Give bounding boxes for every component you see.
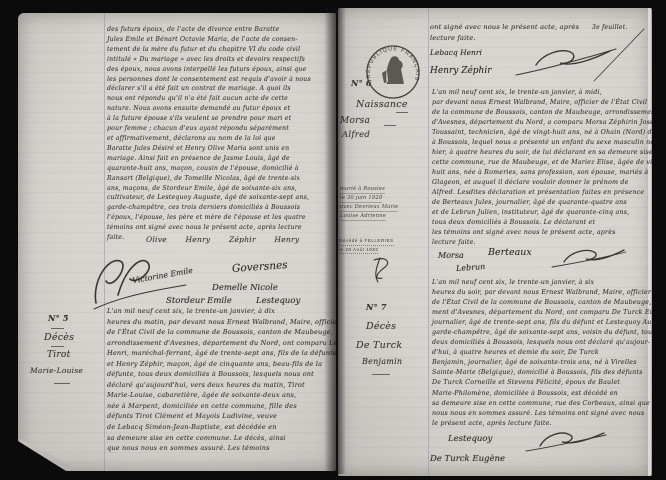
record-number: N° 6 [351, 78, 372, 88]
witness-signature: Goversnes [232, 259, 288, 275]
text-line: que nous nous en sommes assuré. Les témo… [107, 443, 333, 454]
death-mention-stamp: Décédé à FELLERIESle 28 Août 1982 [339, 237, 429, 254]
text-line: et affirmativement, déclarons au nom de … [107, 134, 333, 144]
record-firstname: Benjamin [362, 357, 402, 366]
text-line: L'an mil neuf cent six, le trente-un jan… [107, 306, 333, 317]
text-line: Glageon, et auquel il déclare vouloir do… [432, 178, 647, 188]
text-line: et Henry Zéphir, maçon, âgé de cinquante… [107, 359, 333, 370]
record-surname: Morsa [340, 116, 370, 126]
text-line: défunte, tous deux domiciliés à Boussois… [107, 369, 333, 380]
record-number: N° 7 [366, 302, 387, 312]
republique-francaise-stamp: RÉPUBLIQUE FRANÇAISE [361, 40, 425, 104]
mayor-signature-flourish [498, 23, 648, 85]
text-line: à la future épouse s'ils veulent se pren… [107, 114, 333, 124]
margin-dash [51, 328, 64, 329]
marriage-mention-note: marié à Rousiesle 30 juin 1928avec Devri… [340, 185, 426, 221]
text-line: de Lebacq Siméon-Jean-Baptiste, est décé… [107, 422, 333, 433]
death-act-text: L'an mil neuf cent six, le trente-un jan… [432, 278, 647, 429]
text-line: le 28 Août 1982 [339, 246, 378, 255]
page-corner-cut [18, 441, 66, 471]
marriage-act-party-signatures: Olive Henry Zéphir Henry [146, 235, 299, 244]
text-line: L'an mil neuf cent six, le trente-un jan… [432, 278, 647, 288]
text-line: quarante-huit ans, maçon, cousin de l'ép… [107, 164, 333, 174]
mayor-signature-flourish [546, 242, 631, 270]
text-line: L'an mil neuf cent six, le trente-un jan… [432, 88, 647, 98]
text-line: Marie-Philomène, domiciliée à Boussois, … [432, 389, 647, 399]
text-line: ans, maçons, de Stordeur Emile, âgé de s… [107, 184, 333, 194]
text-line: nous ont répondu qu'il n'a été fait aucu… [107, 94, 333, 104]
text-line: huit ans, née à Romeries, sans professio… [432, 168, 647, 178]
officer-initials-flourish [366, 254, 398, 284]
record-surname: De Turck [356, 340, 402, 351]
flourish-path [516, 49, 616, 75]
text-line: hier, à quatre heures du soir, de lui dé… [432, 148, 647, 158]
witness-signature: Lebrun [456, 262, 486, 273]
text-line: Henri, maréchal-ferrant, âgé de trente-s… [107, 348, 333, 359]
declarant-signature: Morsa [438, 251, 464, 260]
text-line: de Berteaux Jules, journalier, âgé de qu… [432, 198, 647, 208]
text-line: tement de la mère du futur et du chapitr… [107, 45, 333, 55]
text-line: des futurs époux, de l'acte de divorce e… [107, 25, 333, 35]
text-line: Louise Adrienne [340, 212, 386, 221]
text-line: Décédé à FELLERIES [339, 237, 394, 246]
text-line: défunts Tirot Clément et Mayois Ludivine… [107, 411, 333, 422]
text-line: heures du soir, par devant nous Ernest W… [432, 288, 647, 298]
text-line: cultivateur, de Lestequoy Auguste, âgé d… [107, 193, 333, 203]
text-line: d'Avesnes, département du Nord, a compar… [432, 118, 647, 128]
text-line: Benjamin, journalier, âgé de soixante-tr… [432, 358, 647, 368]
witness-signature: Lebacq Henri [430, 48, 482, 57]
text-line: des époux, nous avons interpellé les fut… [107, 65, 333, 75]
text-line: le 30 juin 1928 [340, 194, 382, 203]
text-line: Toussaint, technicien, âgé de vingt-huit… [432, 128, 647, 138]
text-line: témoins ont signé avec nous le présent a… [107, 223, 333, 233]
marianne-figure [382, 56, 404, 84]
text-line: de l'État Civil de la commune de Boussoi… [432, 298, 647, 308]
margin-dash [51, 346, 64, 347]
text-line: nous nous en sommes assuré. Les témoins … [432, 409, 647, 419]
register-right-page: ont signé avec nous le présent acte, apr… [338, 8, 652, 476]
text-line: d'hui, à quatre heures et demie du soir,… [432, 348, 647, 358]
text-line: née à Marpent, domiciliée en cette commu… [107, 401, 333, 412]
text-line: sa demeure sise en cette commune, rue de… [432, 399, 647, 409]
record-category: Naissance [356, 99, 408, 110]
margin-dash [54, 383, 70, 384]
text-line: Baratte Jules Désiré et Henry Olive Mari… [107, 144, 333, 154]
text-line: marié à Rousies [340, 185, 385, 194]
text-line: intitulé « Du mariage » avec les droits … [107, 55, 333, 65]
text-line: cette commune, rue de Maubeuge, et de Ma… [432, 158, 647, 168]
text-line: tous deux domiciliés à Boussois. Le décl… [432, 218, 647, 228]
text-line: arrondissement d'Avesnes, département du… [107, 338, 333, 349]
witness-signature: Demelle Nicole [212, 283, 278, 293]
flourish-path [536, 51, 610, 65]
text-line: Sainte-Marie (Belgique), domicilié à Bou… [432, 368, 647, 378]
witness-signature: Henry Zéphir [430, 66, 492, 76]
text-line: garde-champêtre, âgé de soixante-sept an… [432, 328, 647, 338]
text-line: avec Devrieux Marie [340, 203, 398, 212]
text-line: Marie-Louise, cabaretière, âgée de soixa… [107, 390, 333, 401]
text-line: Ransart (Belgique), de Tomeille Nicolas,… [107, 174, 333, 184]
text-line: pour femme ; chacun d'eux ayant répondu … [107, 124, 333, 134]
witness-signature: Lestequoy [448, 434, 492, 444]
record-surname: Tirot [47, 350, 70, 360]
margin-dash [372, 374, 390, 375]
text-line: De Turck Corneille et Stevens Félicité, … [432, 378, 647, 388]
text-line: de la commune de Boussois, canton de Mau… [432, 108, 647, 118]
text-line: déclaré qu'aujourd'hui, vers deux heures… [107, 380, 333, 391]
scanned-register-photo: des futurs époux, de l'acte de divorce e… [0, 0, 666, 480]
record-category: Décès [44, 332, 74, 343]
text-line: déclarer s'il a été fait un contrat de m… [107, 84, 333, 94]
text-line: ment d'Avesnes, département du Nord, ont… [432, 308, 647, 318]
flourish-path [564, 250, 624, 262]
text-line: les personnes dont le consentement est r… [107, 75, 333, 85]
birth-act-text: L'an mil neuf cent six, le trente-un jan… [432, 88, 647, 248]
text-line: garde-champêtre, ces trois derniers domi… [107, 203, 333, 213]
record-firstname: Marie-Louise [30, 366, 83, 375]
marriage-act-text: des futurs époux, de l'acte de divorce e… [107, 25, 333, 243]
record-firstname: Alfred [342, 130, 370, 140]
death-act-text: L'an mil neuf cent six, le trente-un jan… [107, 306, 333, 454]
declarant-signature: De Turck Eugène [430, 454, 505, 464]
text-line: journalier, âgé de trente-sept ans, fils… [432, 318, 647, 328]
mayor-signature-flourish [518, 424, 613, 454]
text-line: nature. Nous avons ensuite demandé au fu… [107, 104, 333, 114]
text-line: et de Lebrun Julien, instituteur, âgé de… [432, 208, 647, 218]
margin-rule [104, 13, 105, 471]
text-line: heures du matin, par devant nous Ernest … [107, 317, 333, 328]
text-line: Alfred. Lesdites déclaration et présenta… [432, 188, 647, 198]
text-line: à Boussois, lequel nous a présenté un en… [432, 138, 647, 148]
text-line: mariage. Ainsi fait en présence de Jasme… [107, 154, 333, 164]
record-number: N° 5 [48, 313, 69, 323]
text-line: de l'État Civil de la commune de Boussoi… [107, 327, 333, 338]
margin-dash [384, 125, 396, 126]
text-line: par devant nous Ernest Walbrand, Maire, … [432, 98, 647, 108]
text-line: deux domiciliés à Boussois, lesquels nou… [432, 338, 647, 348]
witness-signature: Stordeur Emile [166, 296, 232, 306]
flourish-path [540, 433, 604, 446]
margin-dash [396, 112, 408, 113]
text-line: sa demeure sise en cette commune. Le déc… [107, 433, 333, 444]
text-line: l'époux, l'épouse, les père et mère de l… [107, 213, 333, 223]
witness-signature: Berteaux [488, 247, 532, 258]
register-left-page: des futurs époux, de l'acte de divorce e… [18, 13, 336, 471]
flourish-path [374, 258, 388, 282]
record-category: Décès [366, 321, 396, 332]
text-line: les témoins ont signé avec nous le prése… [432, 228, 647, 238]
text-line: Jules Emile et Bénart Octavie Maria, de … [107, 35, 333, 45]
witness-signature: Lestequoy [256, 296, 300, 306]
